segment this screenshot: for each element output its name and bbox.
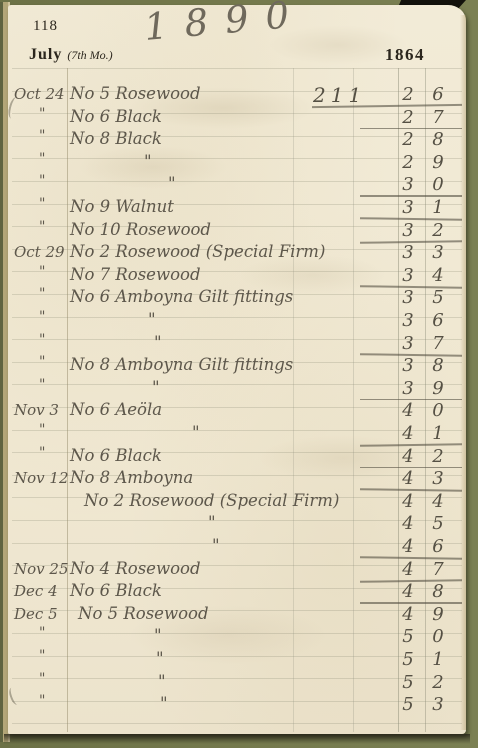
ledger-row: ""36 — [8, 310, 466, 333]
entry-description: No 6 Black — [70, 581, 162, 600]
entry-date: " — [39, 286, 45, 302]
serial-tens-digit: 5 — [392, 694, 424, 715]
serial-units-digit: 4 — [422, 491, 454, 512]
entry-description: No 8 Amboyna — [70, 468, 193, 487]
serial-tens-digit: 3 — [392, 333, 424, 354]
serial-units-digit: 6 — [422, 536, 454, 557]
entry-date: " — [39, 264, 45, 280]
serial-units-digit: 4 — [422, 265, 454, 286]
serial-tens-digit: 2 — [392, 129, 424, 150]
ledger-row: ""51 — [8, 649, 466, 672]
entry-description: No 2 Rosewood (Special Firm) — [84, 491, 339, 510]
entry-date: " — [39, 693, 45, 709]
serial-units-digit: 1 — [422, 197, 454, 218]
serial-units-digit: 2 — [422, 446, 454, 467]
serial-tens-digit: 3 — [392, 310, 424, 331]
ledger-row: Oct 24No 5 Rosewood21126 — [8, 84, 466, 107]
entry-description: No 5 Rosewood — [78, 604, 209, 623]
ruled-line — [12, 68, 462, 69]
serial-units-digit: 2 — [422, 220, 454, 241]
serial-tens-digit: 4 — [392, 604, 424, 625]
entry-date: " — [39, 625, 45, 641]
entry-date: " — [39, 128, 45, 144]
serial-tens-digit: 3 — [392, 287, 424, 308]
ledger-row: Nov 3No 6 Aeöla40 — [8, 400, 466, 423]
entry-description: No 10 Rosewood — [70, 220, 211, 239]
ledger-row: ""29 — [8, 152, 466, 175]
entry-date: Oct 24 — [14, 85, 65, 103]
entry-date: " — [39, 648, 45, 664]
ledger-row: "No 8 Black28 — [8, 129, 466, 152]
serial-tens-digit: 3 — [392, 355, 424, 376]
ledger-row: ""53 — [8, 694, 466, 717]
ledger-row: No 2 Rosewood (Special Firm)44 — [8, 491, 466, 514]
bottom-page-shadow — [4, 734, 470, 744]
serial-units-digit: 9 — [422, 152, 454, 173]
serial-units-digit: 7 — [422, 559, 454, 580]
ledger-row: "No 6 Black42 — [8, 446, 466, 469]
serial-tens-digit: 4 — [392, 468, 424, 489]
entry-date: " — [39, 151, 45, 167]
entry-description: No 5 Rosewood — [70, 84, 201, 103]
serial-units-digit: 3 — [422, 694, 454, 715]
ledger-row: ""37 — [8, 333, 466, 356]
month-note: (7th Mo.) — [67, 48, 112, 62]
ledger-row: ""50 — [8, 626, 466, 649]
serial-tens-digit: 3 — [392, 197, 424, 218]
entry-date: " — [39, 354, 45, 370]
serial-tens-digit: 2 — [392, 152, 424, 173]
entry-date: " — [39, 445, 45, 461]
serial-tens-digit: 5 — [392, 626, 424, 647]
serial-tens-digit: 5 — [392, 672, 424, 693]
ledger-row: Oct 29No 2 Rosewood (Special Firm)33 — [8, 242, 466, 265]
entry-date: Nov 3 — [14, 401, 59, 419]
ledger-row: Nov 25No 4 Rosewood47 — [8, 559, 466, 582]
entry-date: Nov 12 — [14, 469, 69, 487]
entry-date: " — [39, 332, 45, 348]
ledger-row: "45 — [8, 513, 466, 536]
serial-tens-digit: 4 — [392, 491, 424, 512]
serial-units-digit: 3 — [422, 468, 454, 489]
serial-tens-digit: 4 — [392, 513, 424, 534]
entry-description: No 7 Rosewood — [70, 265, 201, 284]
ledger-row: "No 6 Amboyna Gilt fittings35 — [8, 287, 466, 310]
entry-date: " — [39, 106, 45, 122]
serial-tens-digit: 2 — [392, 107, 424, 128]
serial-tens-digit: 4 — [392, 423, 424, 444]
serial-units-digit: 2 — [422, 672, 454, 693]
month-label: July — [29, 46, 62, 63]
ledger-row: Dec 5No 5 Rosewood49 — [8, 604, 466, 627]
ledger-row: "No 6 Black27 — [8, 107, 466, 130]
entry-date: " — [39, 219, 45, 235]
entry-description: No 6 Aeöla — [70, 400, 162, 419]
serial-units-digit: 1 — [422, 423, 454, 444]
serial-units-digit: 6 — [422, 84, 454, 105]
entry-description: No 8 Amboyna Gilt fittings — [70, 355, 293, 374]
ledger-page: 118 1890 July(7th Mo.) 1864 Oct 24No 5 R… — [8, 5, 466, 734]
serial-tens-digit: 4 — [392, 446, 424, 467]
serial-tens-digit: 2 — [392, 84, 424, 105]
entry-description: " — [208, 513, 216, 532]
entry-description: " — [156, 649, 164, 668]
entry-date: " — [39, 173, 45, 189]
entry-description: " — [160, 694, 168, 713]
entry-date: Oct 29 — [14, 243, 65, 261]
entry-description: " — [158, 672, 166, 691]
page-number: 118 — [33, 18, 58, 35]
ruled-line — [12, 723, 462, 724]
serial-units-digit: 9 — [422, 378, 454, 399]
entry-date: " — [39, 377, 45, 393]
serial-tens-digit: 4 — [392, 536, 424, 557]
serial-units-digit: 0 — [422, 626, 454, 647]
serial-tens-digit: 5 — [392, 649, 424, 670]
entry-date: Dec 4 — [14, 582, 58, 600]
ledger-row: ""30 — [8, 174, 466, 197]
serial-units-digit: 1 — [422, 649, 454, 670]
ledger-row: "46 — [8, 536, 466, 559]
entry-description: No 6 Black — [70, 446, 162, 465]
serial-units-digit: 9 — [422, 604, 454, 625]
entry-description: " — [152, 378, 160, 397]
entry-date: " — [39, 196, 45, 212]
ledger-row: "No 9 Walnut31 — [8, 197, 466, 220]
entry-description: No 6 Amboyna Gilt fittings — [70, 287, 293, 306]
entry-description: " — [154, 333, 162, 352]
serial-units-digit: 8 — [422, 355, 454, 376]
handwritten-year: 1890 — [142, 0, 307, 49]
entry-description: " — [192, 423, 200, 442]
entry-description: No 4 Rosewood — [70, 559, 201, 578]
serial-tens-digit: 3 — [392, 265, 424, 286]
entry-date: " — [39, 309, 45, 325]
serial-units-digit: 5 — [422, 287, 454, 308]
ledger-row: "No 7 Rosewood34 — [8, 265, 466, 288]
entry-description: " — [148, 310, 156, 329]
serial-units-digit: 7 — [422, 107, 454, 128]
month-header: July(7th Mo.) — [29, 46, 113, 64]
serial-tens-digit: 4 — [392, 581, 424, 602]
entry-description: No 9 Walnut — [70, 197, 174, 216]
serial-units-digit: 5 — [422, 513, 454, 534]
serial-tens-digit: 4 — [392, 400, 424, 421]
entry-date: " — [39, 422, 45, 438]
entry-description: " — [154, 626, 162, 645]
serial-units-digit: 8 — [422, 581, 454, 602]
folio-reference: 211 — [313, 83, 366, 107]
photographed-ledger: 118 1890 July(7th Mo.) 1864 Oct 24No 5 R… — [0, 0, 478, 748]
entry-description: No 6 Black — [70, 107, 162, 126]
ledger-row: "No 8 Amboyna Gilt fittings38 — [8, 355, 466, 378]
entry-date: " — [39, 671, 45, 687]
serial-units-digit: 0 — [422, 174, 454, 195]
entry-description: No 8 Black — [70, 129, 162, 148]
ledger-row: Nov 12No 8 Amboyna43 — [8, 468, 466, 491]
serial-tens-digit: 3 — [392, 378, 424, 399]
serial-units-digit: 8 — [422, 129, 454, 150]
ledger-row: "No 10 Rosewood32 — [8, 220, 466, 243]
entry-date: Dec 5 — [14, 605, 58, 623]
entry-description: " — [212, 536, 220, 555]
serial-units-digit: 3 — [422, 242, 454, 263]
serial-units-digit: 6 — [422, 310, 454, 331]
ledger-row: ""39 — [8, 378, 466, 401]
entry-description: No 2 Rosewood (Special Firm) — [70, 242, 325, 261]
entry-description: " — [144, 152, 152, 171]
serial-tens-digit: 4 — [392, 559, 424, 580]
entry-date: Nov 25 — [14, 560, 69, 578]
serial-tens-digit: 3 — [392, 242, 424, 263]
serial-units-digit: 0 — [422, 400, 454, 421]
printed-year: 1864 — [385, 45, 425, 65]
serial-tens-digit: 3 — [392, 220, 424, 241]
entry-description: " — [168, 174, 176, 193]
serial-units-digit: 7 — [422, 333, 454, 354]
ledger-row: Dec 4No 6 Black48 — [8, 581, 466, 604]
ledger-row: ""52 — [8, 672, 466, 695]
ledger-row: ""41 — [8, 423, 466, 446]
serial-tens-digit: 3 — [392, 174, 424, 195]
